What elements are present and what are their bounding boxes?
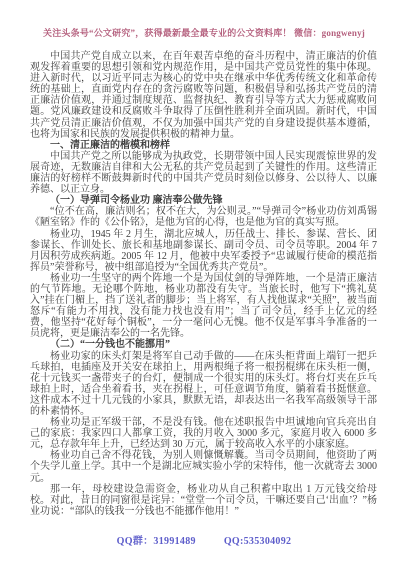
section-heading: （二）“一分钱也不能挪用” [30, 339, 377, 350]
paragraph: 杨业功家的床头灯架是将军自己动手做的——在床头柜背面上端钉一把乒乓球拍，电插座及… [30, 351, 377, 418]
paragraph: 中国共产党自成立以来，在百年艰苦卓绝的奋斗历程中，清正廉洁的价值观发挥着重要的思… [30, 51, 377, 140]
paragraph: 杨业功自己舍不得花钱，为别人则慷慨解囊。当司令员期间，他资助了两个失学儿童上学。… [30, 450, 377, 483]
paragraph: 中国共产党之所以能够成为执政党，长期带领中国人民实现震惊世界的发展奇迹，无数廉洁… [30, 151, 377, 195]
contact-footer: QQ群：31991489QQ:535304092 [0, 532, 408, 547]
document-page: 关注头条号“公文研究”，获得最新最全最专业的公文资料库！ 微信：gongweny… [0, 0, 408, 580]
promo-banner: 关注头条号“公文研究”，获得最新最全最专业的公文资料库！ 微信：gongweny… [24, 26, 384, 39]
paragraph: 杨业功，1945 年 2 月生，湖北应城人，历任战士、排长、参谋、营长、团参谋长… [30, 229, 377, 273]
section-heading: （一）导弹司令杨业功 廉洁奉公做先锋 [30, 195, 377, 206]
section-heading: 一、清正廉洁的楷模和榜样 [30, 140, 377, 151]
paragraph: 杨业功是正军级干部，不是没有钱。他在述职报告中坦诚地向官兵亮出自己的家底：我家四… [30, 417, 377, 450]
paragraph: “位不在高，廉洁则名；权不在大，为公则灵。”“导弹司令”杨业功仿刘禹锡《陋室铭》… [30, 206, 377, 228]
qq-number: QQ:535304092 [224, 536, 292, 547]
document-body: 中国共产党自成立以来，在百年艰苦卓绝的奋斗历程中，清正廉洁的价值观发挥着重要的思… [30, 51, 377, 517]
paragraph: 杨业功一生坚守的两个阵地一个是为国仗剑的导弹阵地，一个是清正廉洁的气节阵地。无论… [30, 273, 377, 340]
qq-group-number: QQ群：31991489 [117, 536, 196, 547]
paragraph: 那一年，母校建设急需资金，杨业功从自己积蓄中取出 1 万元钱交给母校。对此，昔日… [30, 484, 377, 517]
